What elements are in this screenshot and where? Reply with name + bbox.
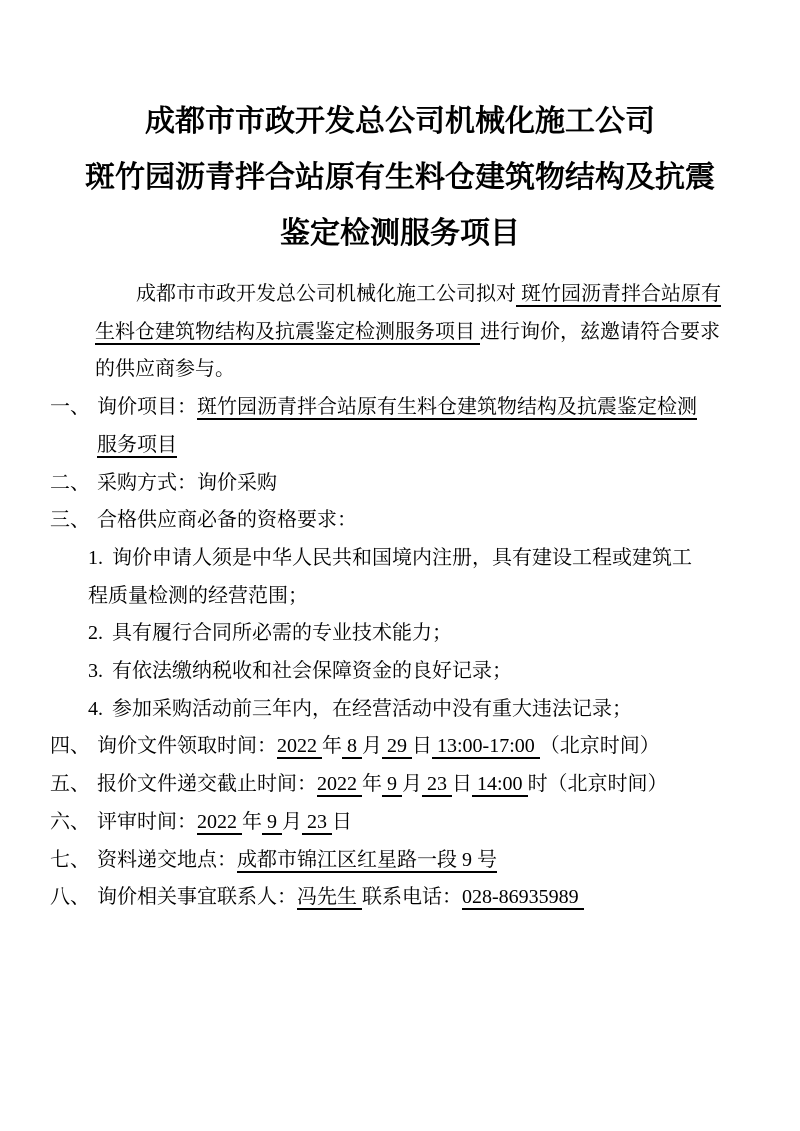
document-title: 成都市市政开发总公司机械化施工公司 斑竹园沥青拌合站原有生料仓建筑物结构及抗震 … [0,0,800,262]
sub-item-2-text: 具有履行合同所必需的专业技术能力； [112,622,452,644]
list-item-6: 六、 评审时间：2022 年 9 月 23 日 [97,804,715,842]
document-page: 成都市市政开发总公司机械化施工公司 斑竹园沥青拌合站原有生料仓建筑物结构及抗震 … [0,0,800,1131]
sub-item-3: 3.有依法缴纳税收和社会保障资金的良好记录； [88,653,705,691]
list-item-6-text: 评审时间：2022 年 9 月 23 日 [97,804,715,842]
sub-item-4-text: 参加采购活动前三年内，在经营活动中没有重大违法记录； [112,698,632,720]
title-line-2: 斑竹园沥青拌合站原有生料仓建筑物结构及抗震 [0,150,800,206]
sub-item-1-number: 1. [88,547,103,569]
sub-item-4: 4.参加采购活动前三年内，在经营活动中没有重大违法记录； [88,691,705,729]
list-item-7: 七、 资料递交地点：成都市锦江区红星路一段 9 号 [97,842,715,880]
title-line-1: 成都市市政开发总公司机械化施工公司 [0,94,800,150]
title-line-3: 鉴定检测服务项目 [0,206,800,262]
sub-item-1-text: 询价申请人须是中华人民共和国境内注册，具有建设工程或建筑工程质量检测的经营范围； [88,547,692,607]
list-item-4-text: 询价文件领取时间：2022 年 8 月 29 日 13:00-17:00 （北京… [97,728,715,766]
list-item-4: 四、 询价文件领取时间：2022 年 8 月 29 日 13:00-17:00 … [97,728,715,766]
sub-item-2: 2.具有履行合同所必需的专业技术能力； [88,615,705,653]
list-item-8: 八、 询价相关事宜联系人：冯先生 联系电话：028-86935989 [97,879,715,917]
list-item-4-number: 四、 [50,728,90,766]
list-item-3-text: 合格供应商必备的资格要求： [97,502,715,540]
sub-item-4-number: 4. [88,698,103,720]
list-item-2-text: 采购方式：询价采购 [97,465,715,503]
list-item-1-text: 询价项目：斑竹园沥青拌合站原有生料仓建筑物结构及抗震鉴定检测服务项目 [97,389,715,464]
sub-item-1: 1.询价申请人须是中华人民共和国境内注册，具有建设工程或建筑工程质量检测的经营范… [88,540,705,615]
sub-item-3-number: 3. [88,660,103,682]
list-item-6-number: 六、 [50,804,90,842]
list-item-7-text: 资料递交地点：成都市锦江区红星路一段 9 号 [97,842,715,880]
list-item-5-number: 五、 [50,766,90,804]
list-item-8-number: 八、 [50,879,90,917]
intro-paragraph: 成都市市政开发总公司机械化施工公司拟对 斑竹园沥青拌合站原有生料仓建筑物结构及抗… [95,276,735,389]
sub-item-2-number: 2. [88,622,103,644]
list-item-3-number: 三、 [50,502,90,540]
list-item-7-number: 七、 [50,842,90,880]
list-item-2: 二、 采购方式：询价采购 [97,465,715,503]
list-item-2-number: 二、 [50,465,90,503]
document-body: 成都市市政开发总公司机械化施工公司拟对 斑竹园沥青拌合站原有生料仓建筑物结构及抗… [0,262,800,917]
list-item-8-text: 询价相关事宜联系人：冯先生 联系电话：028-86935989 [97,879,715,917]
list-item-1-number: 一、 [50,389,90,427]
list-item-5: 五、 报价文件递交截止时间：2022 年 9 月 23 日 14:00 时（北京… [97,766,715,804]
sub-item-3-text: 有依法缴纳税收和社会保障资金的良好记录； [112,660,512,682]
list-item-5-text: 报价文件递交截止时间：2022 年 9 月 23 日 14:00 时（北京时间） [97,766,715,804]
list-item-1: 一、 询价项目：斑竹园沥青拌合站原有生料仓建筑物结构及抗震鉴定检测服务项目 [97,389,715,464]
list-item-3: 三、 合格供应商必备的资格要求： [97,502,715,540]
